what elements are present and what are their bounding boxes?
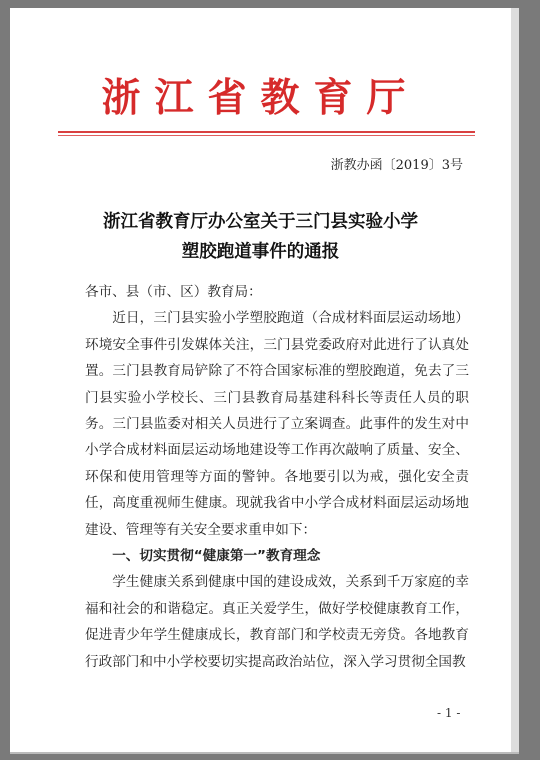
salutation: 各市、县（市、区）教育局：: [85, 279, 469, 305]
document-page: 浙江省教育厅 浙教办函〔2019〕3号 浙江省教育厅办公室关于三门县实验小学 塑…: [10, 8, 519, 752]
title-line-1: 浙江省教育厅办公室关于三门县实验小学: [10, 207, 511, 237]
page-number: - 1 -: [437, 706, 460, 720]
title-line-2: 塑胶跑道事件的通报: [10, 237, 511, 267]
paragraph-2: 学生健康关系到健康中国的建设成效，关系到千万家庭的幸福和社会的和谐稳定。真正关爱…: [85, 569, 469, 675]
section-heading-1: 一、切实贯彻“健康第一”教育理念: [85, 543, 469, 569]
masthead-red-rule-thin: [58, 135, 475, 136]
masthead-red-rule-thick: [58, 131, 475, 133]
page-shadow: [10, 752, 519, 754]
document-title: 浙江省教育厅办公室关于三门县实验小学 塑胶跑道事件的通报: [10, 207, 511, 267]
document-number: 浙教办函〔2019〕3号: [331, 154, 463, 173]
document-body: 各市、县（市、区）教育局： 近日，三门县实验小学塑胶跑道（合成材料面层运动场地）…: [85, 279, 469, 675]
paragraph-1: 近日，三门县实验小学塑胶跑道（合成材料面层运动场地）环境安全事件引发媒体关注，三…: [85, 305, 469, 543]
masthead-title: 浙江省教育厅: [10, 74, 511, 122]
